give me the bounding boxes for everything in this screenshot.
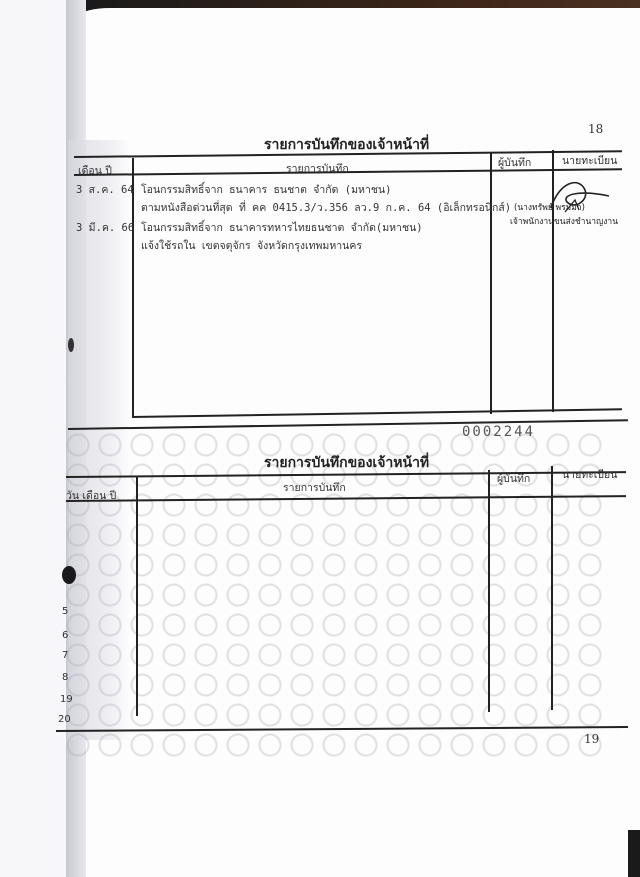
row-entry-line: โอนกรรมสิทธิ์จาก ธนาคาร ธนชาต จำกัด (มหา… bbox=[141, 181, 392, 198]
row-entry-line: ตามหนังสือด่วนที่สุด ที่ คค 0415.3/ว.356… bbox=[141, 199, 511, 216]
lower-header-entry: รายการบันทึก bbox=[283, 479, 346, 496]
lower-header-date: วัน เดือน ปี bbox=[66, 487, 116, 504]
punch-hole bbox=[62, 566, 76, 584]
signature-title: เจ้าพนักงานขนส่งชำนาญงาน bbox=[510, 214, 618, 228]
punch-hole-upper bbox=[68, 338, 74, 352]
signature-name: (นางทรัพย์ พรมมา) bbox=[514, 200, 585, 214]
lower-col-divider-recorder bbox=[488, 470, 490, 712]
upper-col-divider-recorder bbox=[490, 152, 492, 414]
row-date: 3 มี.ค. 66 bbox=[76, 219, 134, 236]
upper-header-entry: รายการบันทึก bbox=[286, 160, 349, 177]
lower-page-title: รายการบันทึกของเจ้าหน้าที่ bbox=[264, 452, 429, 474]
corner-shadow bbox=[628, 830, 640, 877]
row-entry-line: โอนกรรมสิทธิ์จาก ธนาคารทหารไทยธนชาต จำกั… bbox=[141, 219, 423, 236]
line-number: 19 bbox=[60, 694, 73, 705]
line-number: 6 bbox=[62, 630, 68, 641]
lower-header-registrar: นายทะเบียน bbox=[562, 466, 617, 483]
row-date: 3 ส.ค. 64 bbox=[76, 181, 134, 198]
lower-col-divider-date bbox=[136, 476, 138, 716]
row-entry-line: แจ้งใช้รถใน เขตจตุจักร จังหวัดกรุงเทพมหา… bbox=[141, 237, 362, 254]
serial-number-fragment: 0002244 bbox=[462, 424, 535, 440]
line-number: 8 bbox=[62, 672, 68, 683]
lower-header-recorder: ผู้บันทึก bbox=[497, 470, 530, 487]
line-number: 20 bbox=[58, 714, 71, 725]
upper-header-recorder: ผู้บันทึก bbox=[498, 154, 531, 171]
line-number: 7 bbox=[62, 650, 68, 661]
upper-header-registrar: นายทะเบียน bbox=[562, 152, 617, 169]
upper-header-date: เดือน ปี bbox=[78, 162, 112, 179]
line-number: 5 bbox=[62, 606, 68, 617]
lower-col-divider-registrar bbox=[551, 466, 553, 710]
page-number-upper: 18 bbox=[588, 122, 603, 136]
page-number-lower: 19 bbox=[584, 732, 599, 746]
